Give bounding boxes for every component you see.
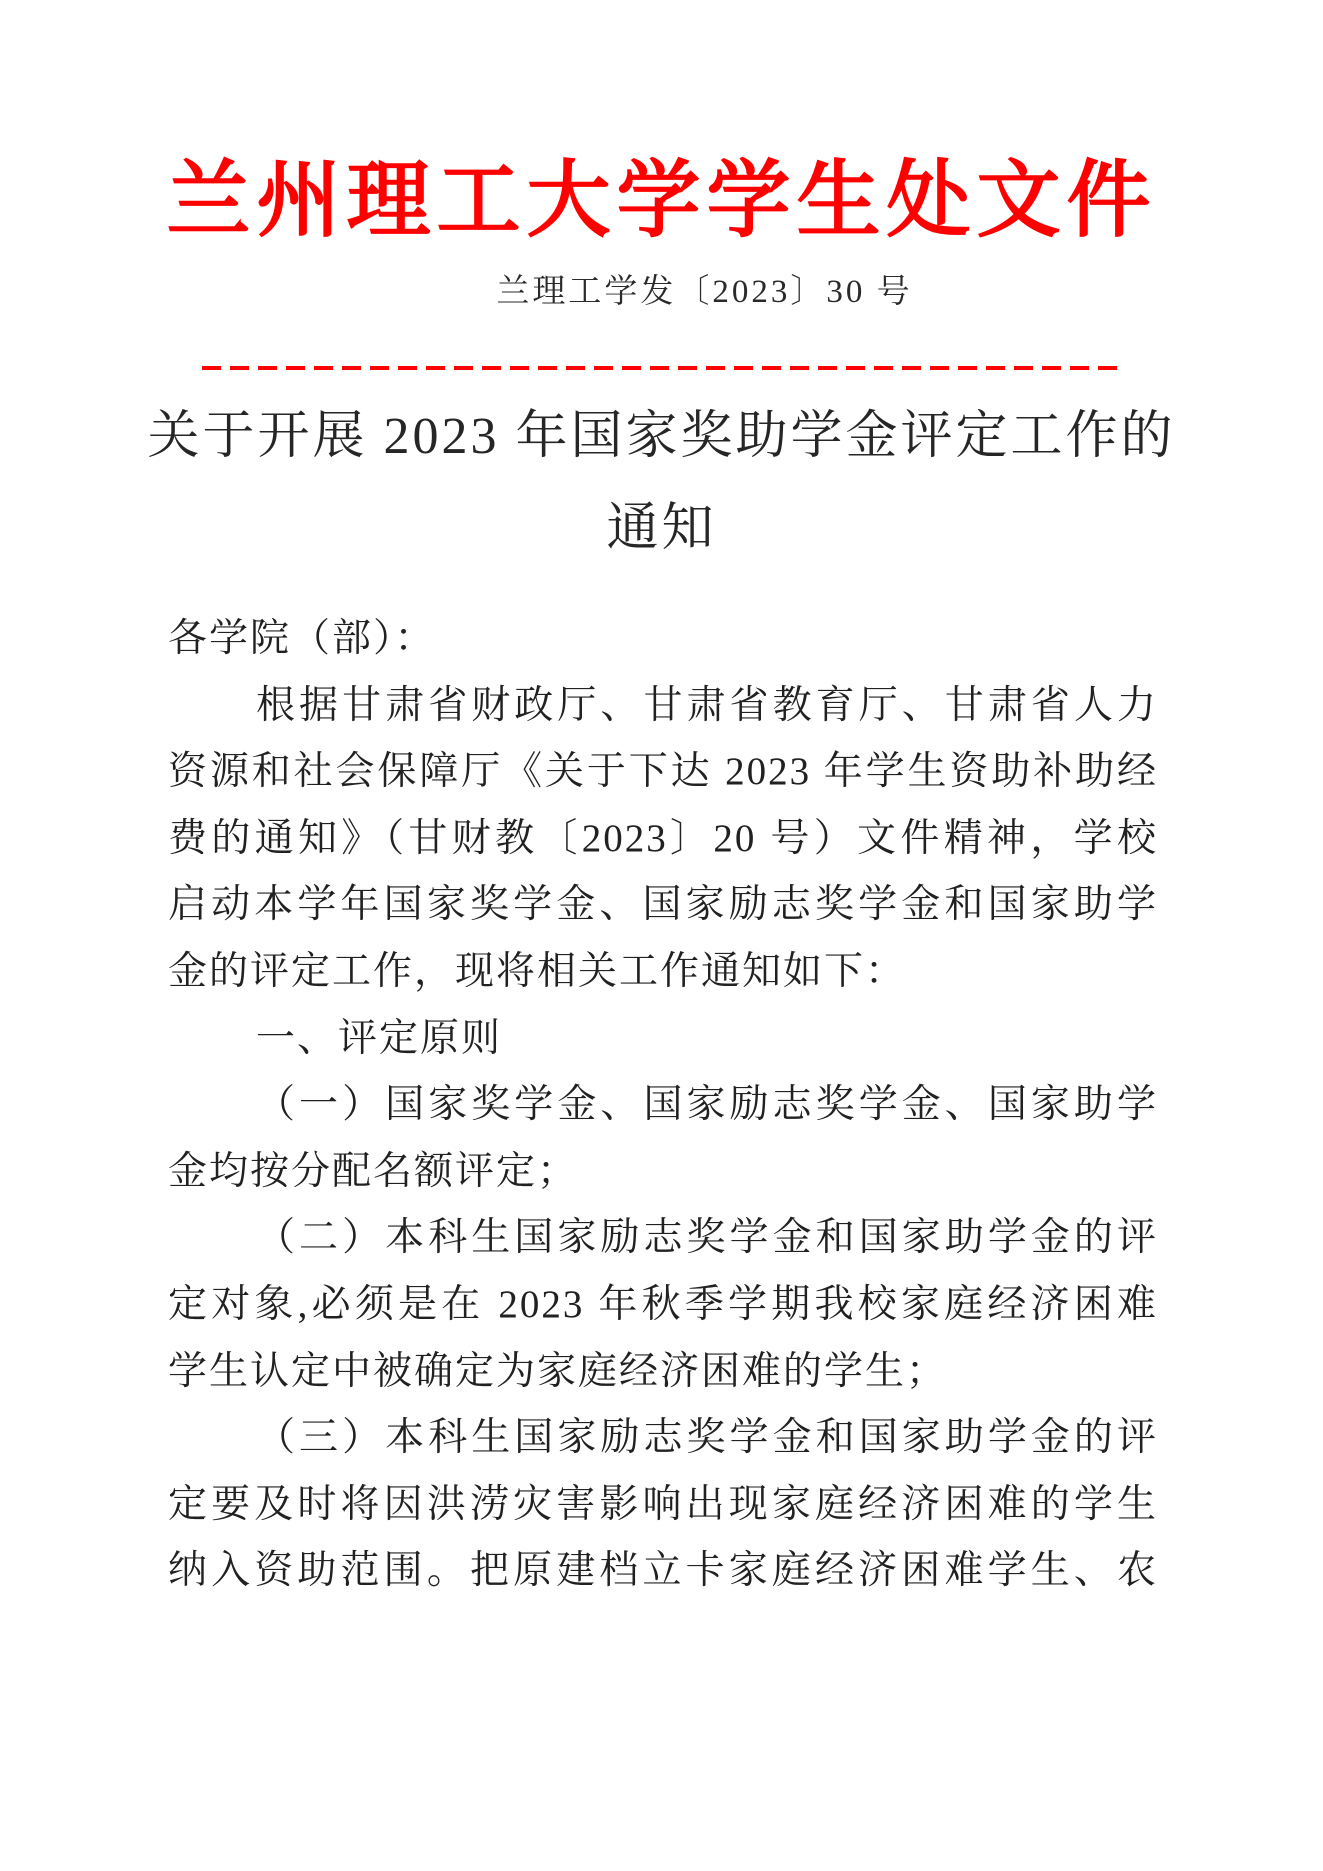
document-page: 兰州理工大学学生处文件 兰理工学发〔2023〕30 号 关于开展 2023 年国… xyxy=(0,0,1323,1871)
red-separator-line xyxy=(202,366,1118,370)
body-line: 资源和社会保障厅《关于下达 2023 年学生资助补助经 xyxy=(168,739,1158,806)
body-line: 金均按分配名额评定； xyxy=(168,1139,1158,1206)
body-line: 金的评定工作，现将相关工作通知如下： xyxy=(168,939,1158,1006)
body-line: 纳入资助范围。把原建档立卡家庭经济困难学生、农 xyxy=(168,1538,1158,1605)
document-body: 各学院（部）：根据甘肃省财政厅、甘肃省教育厅、甘肃省人力资源和社会保障厅《关于下… xyxy=(168,606,1158,1605)
body-line: 定对象,必须是在 2023 年秋季学期我校家庭经济困难 xyxy=(168,1272,1158,1339)
notice-title-line1: 关于开展 2023 年国家奖助学金评定工作的 xyxy=(0,398,1323,476)
body-line: 费的通知》（甘财教〔2023〕20 号）文件精神，学校 xyxy=(168,806,1158,873)
body-line: 启动本学年国家奖学金、国家励志奖学金和国家助学 xyxy=(168,872,1158,939)
body-line: 各学院（部）： xyxy=(168,606,1158,673)
body-line: （三）本科生国家励志奖学金和国家助学金的评 xyxy=(168,1405,1158,1472)
notice-title-line2: 通知 xyxy=(0,490,1323,568)
body-line: 学生认定中被确定为家庭经济困难的学生； xyxy=(168,1339,1158,1406)
body-line: 定要及时将因洪涝灾害影响出现家庭经济困难的学生 xyxy=(168,1472,1158,1539)
doc-number: 兰理工学发〔2023〕30 号 xyxy=(0,268,1323,316)
body-line: （二）本科生国家励志奖学金和国家助学金的评 xyxy=(168,1205,1158,1272)
body-line: 一、评定原则 xyxy=(168,1006,1158,1073)
org-title: 兰州理工大学学生处文件 xyxy=(0,152,1323,252)
body-line: 根据甘肃省财政厅、甘肃省教育厅、甘肃省人力 xyxy=(168,673,1158,740)
body-line: （一）国家奖学金、国家励志奖学金、国家助学 xyxy=(168,1072,1158,1139)
